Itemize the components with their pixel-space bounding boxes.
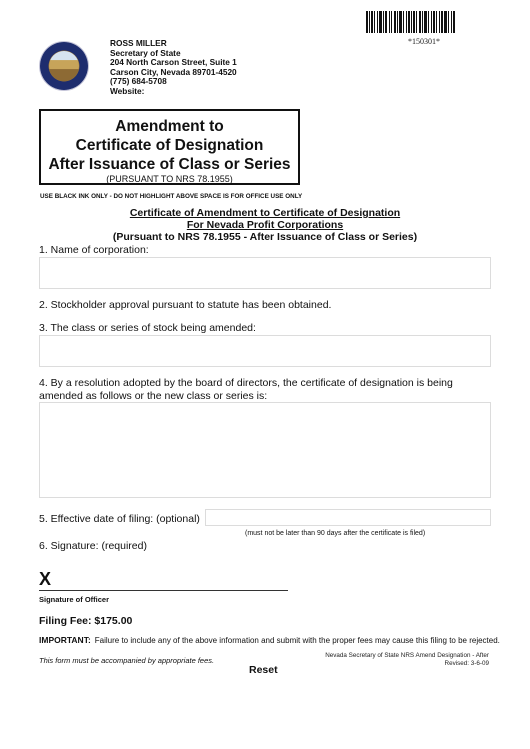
title-line-1: Amendment to [41, 117, 298, 136]
barcode-number: *150301* [408, 37, 440, 46]
effective-date-field[interactable] [205, 509, 491, 526]
q6-label: 6. Signature: (required) [39, 540, 147, 552]
corporation-name-field[interactable] [39, 257, 491, 289]
heading-line-1: Certificate of Amendment to Certificate … [30, 207, 500, 219]
reset-button[interactable]: Reset [249, 664, 278, 676]
signature-label: Signature of Officer [39, 595, 109, 604]
fees-note: This form must be accompanied by appropr… [39, 656, 214, 665]
title-subtitle: (PURSUANT TO NRS 78.1955) [41, 174, 298, 185]
form-title-box: Amendment to Certificate of Designation … [39, 109, 300, 185]
q2-label: 2. Stockholder approval pursuant to stat… [39, 299, 331, 311]
important-notice: IMPORTANT:Failure to include any of the … [39, 635, 500, 645]
q4-label-line-2: amended as follows or the new class or s… [39, 390, 453, 403]
important-text: Failure to include any of the above info… [95, 636, 500, 645]
class-series-field[interactable] [39, 335, 491, 367]
heading-line-2: For Nevada Profit Corporations [30, 219, 500, 231]
seal-center-icon [49, 51, 79, 81]
signature-line[interactable] [39, 590, 288, 591]
agency-address: ROSS MILLER Secretary of State 204 North… [110, 39, 237, 97]
effective-date-note: (must not be later than 90 days after th… [245, 530, 425, 537]
q1-label: 1. Name of corporation: [39, 244, 149, 256]
q3-label: 3. The class or series of stock being am… [39, 322, 256, 334]
revised-date: Revised: 3-6-09 [325, 660, 489, 668]
barcode-bar [455, 11, 456, 33]
q5-label: 5. Effective date of filing: (optional) [39, 513, 200, 525]
barcode [366, 11, 496, 33]
title-line-2: Certificate of Designation [41, 136, 298, 155]
heading-line-3: (Pursuant to NRS 78.1955 - After Issuanc… [30, 231, 500, 243]
q4-label: 4. By a resolution adopted by the board … [39, 377, 453, 402]
amendment-text-field[interactable] [39, 402, 491, 498]
form-heading: Certificate of Amendment to Certificate … [30, 207, 500, 243]
title-line-3: After Issuance of Class or Series [41, 155, 298, 174]
q4-label-line-1: 4. By a resolution adopted by the board … [39, 377, 453, 390]
form-identifier: Nevada Secretary of State NRS Amend Desi… [325, 652, 489, 668]
website-label: Website: [110, 87, 237, 97]
form-id: Nevada Secretary of State NRS Amend Desi… [325, 652, 489, 660]
ink-note: USE BLACK INK ONLY - DO NOT HIGHLIGHT AB… [40, 193, 302, 200]
filing-fee: Filing Fee: $175.00 [39, 615, 132, 627]
signature-mark: X [39, 569, 51, 590]
important-label: IMPORTANT: [39, 635, 91, 645]
